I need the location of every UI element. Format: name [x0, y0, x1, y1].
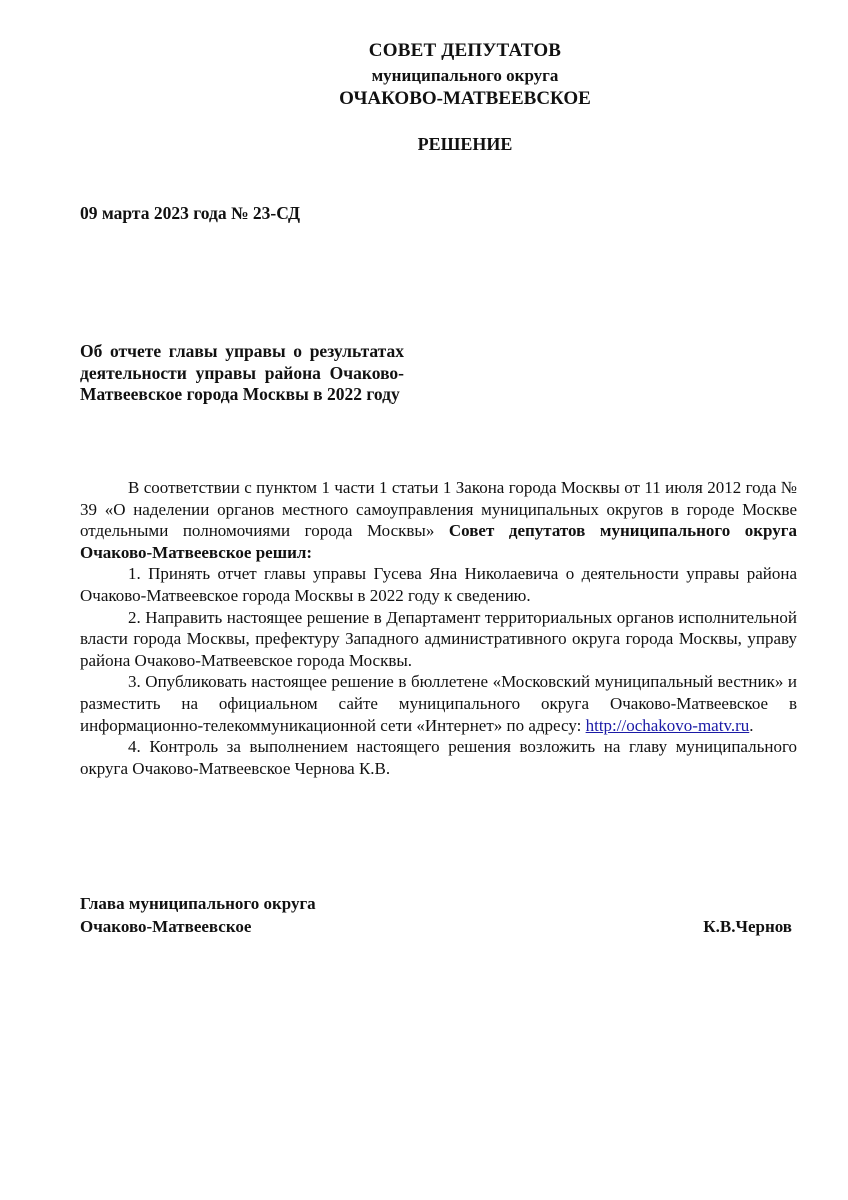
document-type-heading: РЕШЕНИЕ: [80, 134, 848, 155]
district-name: ОЧАКОВО-МАТВЕЕВСКОЕ: [80, 88, 848, 110]
preamble-paragraph: В соответствии с пунктом 1 части 1 стать…: [80, 477, 797, 563]
item-1: 1. Принять отчет главы управы Гусева Яна…: [80, 563, 797, 606]
signature-row: Очаково-Матвеевское К.В.Чернов: [80, 915, 792, 938]
council-subtitle: муниципального округа: [80, 66, 848, 86]
signature-block: Глава муниципального округа Очаково-Матв…: [80, 892, 792, 938]
document-page: СОВЕТ ДЕПУТАТОВ муниципального округа ОЧ…: [0, 0, 848, 1200]
date-and-number: 09 марта 2023 года № 23-СД: [80, 203, 300, 224]
decision-subject: Об отчете главы управы о результатах дея…: [80, 341, 404, 406]
website-link[interactable]: http://ochakovo-matv.ru: [586, 716, 750, 735]
item-3: 3. Опубликовать настоящее решение в бюлл…: [80, 671, 797, 736]
council-title: СОВЕТ ДЕПУТАТОВ: [80, 40, 848, 62]
signatory-title-line2: Очаково-Матвеевское: [80, 915, 251, 938]
signatory-name: К.В.Чернов: [703, 915, 792, 938]
decision-body: В соответствии с пунктом 1 части 1 стать…: [80, 477, 797, 779]
item-2: 2. Направить настоящее решение в Департа…: [80, 607, 797, 672]
signatory-title-line1: Глава муниципального округа: [80, 892, 792, 915]
item-3-end: .: [749, 716, 753, 735]
item-4: 4. Контроль за выполнением настоящего ре…: [80, 736, 797, 779]
